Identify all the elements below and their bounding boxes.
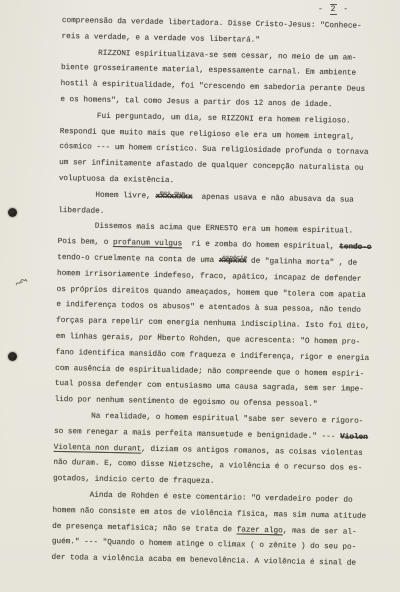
text-run: guém." --- "Quando o homem atinge o clim… bbox=[52, 538, 357, 552]
text-run: apenas usava e não abusava da sua bbox=[192, 193, 354, 204]
text-run: gotados, indicio certo de fraqueza. bbox=[53, 475, 215, 486]
text-run: der toda a violência acaba em benevolênc… bbox=[51, 554, 356, 568]
text-run: Homem livre, bbox=[58, 191, 155, 201]
typed-correction-above: u bbox=[158, 328, 162, 344]
page-number-suffix: - bbox=[337, 5, 349, 14]
struck-text-run: xxxxxxxxmas que bbox=[155, 193, 192, 202]
page-number-prefix: - bbox=[318, 5, 330, 14]
text-run: tual possa defender com entusiasmo uma c… bbox=[55, 380, 364, 394]
text-run: voluptuosa da existência. bbox=[59, 175, 174, 185]
text-run: , mas de ser al- bbox=[283, 527, 357, 536]
page-number: - 2 - bbox=[318, 5, 349, 14]
text-run: Fui perguntado, um dia, se RIZZONI era h… bbox=[60, 112, 351, 126]
text-run: ri e zomba do homem espiritual, bbox=[182, 241, 339, 252]
text-run: , diziam os antigos romanos, as coisas v… bbox=[141, 445, 363, 457]
punch-hole bbox=[8, 352, 17, 361]
text-run: compreensão da verdade libertadora. Diss… bbox=[62, 17, 362, 31]
text-run: Hu bbox=[157, 335, 162, 343]
text-run: um ser infinitamente afastado de qualque… bbox=[59, 159, 364, 173]
text-run: lido por nenhum sentimento de egoismo ou… bbox=[55, 396, 318, 409]
text-run: e indiferença todos os abusos" e atentad… bbox=[56, 301, 361, 315]
text-run: berto Rohden, que acrescenta: "O homem p… bbox=[162, 335, 360, 347]
text-run: Respondi que muito mais que religioso el… bbox=[60, 128, 355, 142]
text-run: liberdade. bbox=[58, 207, 104, 216]
text-run: reis a verdade, e a verdade vos libertar… bbox=[61, 33, 259, 45]
text-run: Na realidade, o homem espiritual "sabe s… bbox=[54, 412, 363, 426]
text-run: so sem renegar a mais perfeita mansuetud… bbox=[54, 428, 340, 441]
text-run: os próprios direitos quando ameaçados, h… bbox=[57, 285, 366, 299]
text-run: em linhas gerais, por bbox=[56, 333, 158, 343]
text-run: RIZZONI espiritualizava-se sem cessar, n… bbox=[61, 49, 356, 63]
underlined-text-run: Violenta non durant bbox=[54, 443, 142, 453]
typed-correction-above: mas que bbox=[160, 186, 185, 202]
text-run: Ainda de Rohden é este comentário: "O ve… bbox=[53, 491, 353, 505]
text-run: de presença metafisica; não se trata de bbox=[52, 522, 237, 534]
text-run: biente grosseiramente material, espessam… bbox=[61, 64, 356, 78]
text-run: de "galinha morta" , de bbox=[246, 258, 357, 268]
struck-text-run: Violen bbox=[340, 433, 368, 442]
text-run: fano identifica mansidão com fraqueza e … bbox=[55, 349, 369, 363]
struck-text-run: xxpxxxespécie bbox=[219, 257, 247, 266]
text-run: forças para repelir com energia nenhuma … bbox=[56, 317, 370, 331]
underlined-text-run: fazer algo bbox=[237, 526, 283, 535]
scanned-typewritten-page: - 2 - compreensão da verdade libertadora… bbox=[0, 0, 400, 592]
text-run: hostil à espiritualidade, foi "crescendo… bbox=[61, 80, 366, 94]
text-run: Dissemos mais acima que ERNESTO era um h… bbox=[58, 222, 353, 236]
struck-text-run: tendo-o bbox=[339, 244, 371, 253]
text-run: não duram. E, como disse Nietzsche, a vi… bbox=[53, 459, 362, 473]
text-run: cósmico --- um homem crístico. Sua relig… bbox=[59, 143, 368, 157]
text-run: com ausência de espiritualidade; não com… bbox=[55, 364, 364, 378]
text-run: homem irrisoriamente indefeso, fraco, ap… bbox=[57, 270, 362, 284]
underlined-text-run: profanum vulgus bbox=[113, 239, 182, 248]
punch-hole bbox=[8, 208, 17, 217]
text-run: Pois bem, o bbox=[58, 238, 114, 247]
typed-correction-above: espécie bbox=[222, 251, 247, 267]
document-text-block: compreensão da verdade libertadora. Diss… bbox=[51, 14, 392, 573]
text-run: tendo-o cruelmente na conta de uma bbox=[57, 254, 219, 265]
text-run: e os homens", tal como Jesus a partir do… bbox=[60, 96, 332, 109]
pencil-margin-mark bbox=[13, 275, 31, 289]
text-run: homem não consiste em atos de violência … bbox=[52, 507, 366, 521]
